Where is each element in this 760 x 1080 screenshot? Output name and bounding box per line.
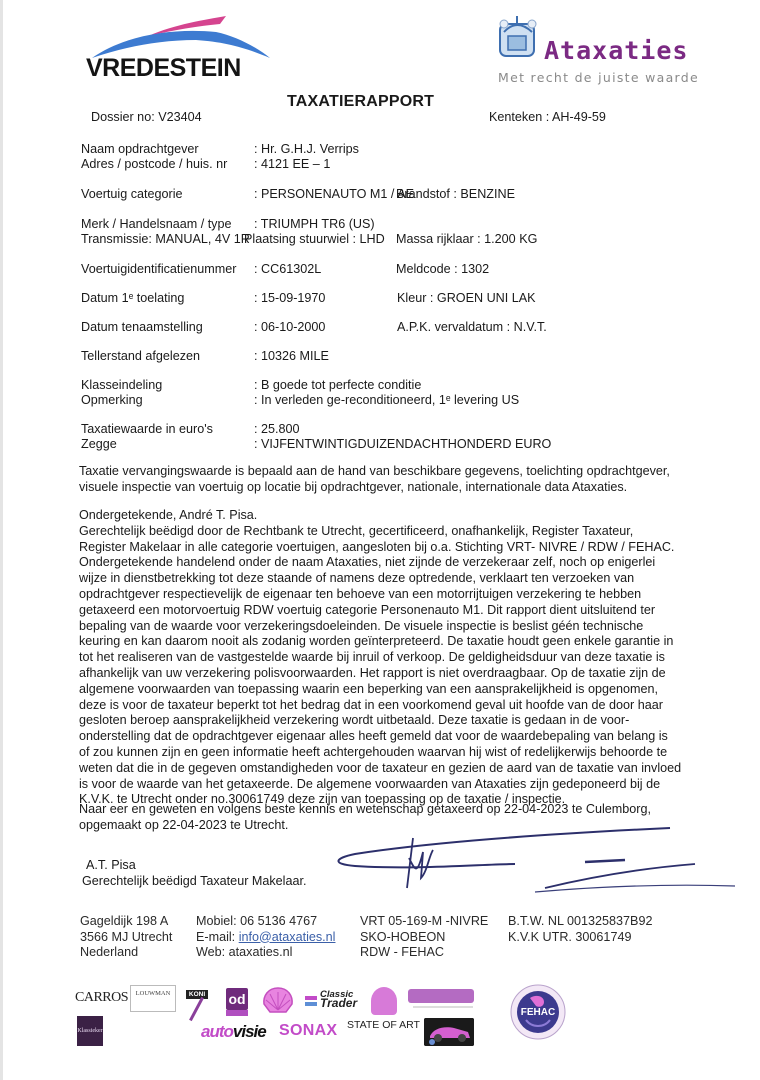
footer-contact: Mobiel: 06 5136 4767 E-mail: info@ataxat… [196,914,335,961]
meldcode: Meldcode : 1302 [396,262,489,277]
email-label: E-mail: [196,930,239,944]
waarde-label: Taxatiewaarde in euro's [81,422,213,437]
declaration-line: Register Makelaar in alle categorie voer… [79,540,719,556]
teller-value: : 10326 MILE [254,349,329,364]
louwman-logo: LOUWMAN [130,985,176,1012]
declaration-line: onderstelling dat de opdrachtgever eigen… [79,729,719,745]
email-link[interactable]: info@ataxaties.nl [239,930,336,944]
naam-value: : Hr. G.H.J. Verrips [254,142,359,157]
merk-label: Merk / Handelsnaam / type [81,217,232,232]
footer-registration: B.T.W. NL 001325837B92 K.V.K UTR. 300617… [508,914,652,945]
vredestein-swoosh-icon [86,14,272,58]
declaration-line: Ondergetekende handelend onder de naam A… [79,555,719,571]
membership-line: VRT 05-169-M -NIVRE [360,914,488,930]
mobile: Mobiel: 06 5136 4767 [196,914,335,930]
tenaam-label: Datum tenaamstelling [81,320,203,335]
dossier-number: Dossier no: V23404 [91,110,202,125]
vredestein-logo: VREDESTEIN [86,14,272,80]
toelating-label: Datum 1ᵉ toelating [81,291,184,306]
adres-label: Adres / postcode / huis. nr [81,157,227,172]
declaration-line: bepaling van de waarde voor verzekerings… [79,619,719,635]
autovisie-logo: autovisie [201,1022,266,1042]
ataxaties-slogan: Met recht de juiste waarde [498,70,699,85]
signatory-name: A.T. Pisa [86,858,136,873]
toelating-value: : 15-09-1970 [254,291,325,306]
opmerking-value: : In verleden ge-reconditioneerd, 1ᵉ lev… [254,393,519,408]
declaration-line: of zou kunnen zijn en geen informatie he… [79,745,719,761]
teller-label: Tellerstand afgelezen [81,349,200,364]
transmissie: Transmissie: MANUAL, 4V 1R [81,232,250,247]
carros-logo: CARROS [75,990,128,1006]
kenteken: Kenteken : AH-49-59 [489,110,606,125]
od-logo: od [226,988,248,1010]
categorie-value: : PERSONENAUTO M1 / AE [254,187,414,202]
techno-classica-logo [371,987,397,1015]
apk: A.P.K. vervaldatum : N.V.T. [397,320,547,335]
btw-number: B.T.W. NL 001325837B92 [508,914,652,930]
merk-value: : TRIUMPH TR6 (US) [254,217,375,232]
classic-trader-bar-icon [305,1002,317,1006]
declaration-line: Ondergetekende, André T. Pisa. [79,508,719,524]
klassieker-tagline [413,1006,473,1008]
intro-line: Taxatie vervangingswaarde is bepaald aan… [79,464,719,480]
declaration-line: keuring en kan daarom nooit als zodanig … [79,634,719,650]
declaration-line: tot het realiseren van de vastgestelde w… [79,650,719,666]
categorie-label: Voertuig categorie [81,187,183,202]
declaration-line: is voor de waarde van het getaxeerde. De… [79,777,719,793]
declaration-line: Gerechtelijk beëdigd door de Rechtbank t… [79,524,719,540]
membership-line: SKO-HOBEON [360,930,488,946]
zegge-label: Zegge [81,437,117,452]
koni-logo: KONI [186,990,208,999]
sonax-logo: SONAX [279,1022,337,1040]
fehac-text: FEHAC [521,1007,555,1018]
vredestein-wordmark: VREDESTEIN [86,54,241,83]
classic-trader-logo: Classic Trader [320,990,357,1008]
vin-value: : CC61302L [254,262,321,277]
address-line: Nederland [80,945,172,961]
klasse-label: Klasseindeling [81,378,162,393]
brandstof: Brandstof : BENZINE [396,187,515,202]
tenaam-value: : 06-10-2000 [254,320,325,335]
koni-shock-icon [189,997,204,1021]
declaration-line: weten dat die in de gegeven omstandighed… [79,761,719,777]
naam-label: Naam opdrachtgever [81,142,199,157]
waarde-value: : 25.800 [254,422,300,437]
ataxaties-wordmark: Ataxaties [544,36,688,65]
zegge-value: : VIJFENTWINTIGDUIZENDACHTHONDERD EURO [254,437,551,452]
declaration-paragraph: Ondergetekende, André T. Pisa. Gerechtel… [79,508,719,808]
declaration-line: algemene voorwaarden van toepassing waar… [79,682,719,698]
autovisie-auto: auto [201,1022,233,1042]
kleur: Kleur : GROEN UNI LAK [397,291,536,306]
classic-trader-bar-icon [305,996,317,1000]
report-title: TAXATIERAPPORT [287,93,434,111]
fehac-logo-icon: FEHAC [510,984,566,1040]
autovisie-visie: visie [233,1022,266,1042]
klassieker-weekend-logo [408,989,474,1003]
declaration-line: afhankelijk van uw verzekering polisvoor… [79,666,719,682]
declaration-line: wijze in dienstbetrekking tot deze staan… [79,571,719,587]
declaration-line: opdrachtgever respectievelijk de eigenaa… [79,587,719,603]
classic-trader-line2: Trader [320,999,357,1008]
ondek-klassieker-logo: Klassieker [77,1016,103,1046]
footer-address: Gageldijk 198 A 3566 MJ Utrecht Nederlan… [80,914,172,961]
signature-icon [325,826,735,911]
signatory-title: Gerechtelijk beëdigd Taxateur Makelaar. [82,874,307,889]
page-edge [0,0,3,1080]
opmerking-label: Opmerking [81,393,143,408]
declaration-line: deze is voor de taxateur beperkt tot het… [79,698,719,714]
state-of-art-logo: STATE OF ART [347,1020,420,1030]
stuurwiel: Plaatsing stuurwiel : LHD [244,232,385,247]
intro-paragraph: Taxatie vervangingswaarde is bepaald aan… [79,464,719,496]
address-line: 3566 MJ Utrecht [80,930,172,946]
website: Web: ataxaties.nl [196,945,335,961]
declaration-line: gesloten beroep aansprakelijkheid verzek… [79,713,719,729]
massa: Massa rijklaar : 1.200 KG [396,232,537,247]
address-line: Gageldijk 198 A [80,914,172,930]
shell-logo-icon [262,986,294,1016]
membership-line: RDW - FEHAC [360,945,488,961]
closing-line: Naar eer en geweten en volgens beste ken… [79,802,719,818]
od-logo-bar [226,1010,248,1016]
intro-line: visuele inspectie van voertuig op locati… [79,480,719,496]
klasse-value: : B goede tot perfecte conditie [254,378,421,393]
declaration-line: getaxeerd een motorvoertuig RDW voertuig… [79,603,719,619]
adres-value: : 4121 EE – 1 [254,157,330,172]
email-row: E-mail: info@ataxaties.nl [196,930,335,946]
ataxaties-emblem-icon [496,14,540,58]
kvk-number: K.V.K UTR. 30061749 [508,930,652,946]
footer-memberships: VRT 05-169-M -NIVRE SKO-HOBEON RDW - FEH… [360,914,488,961]
vin-label: Voertuigidentificatienummer [81,262,236,277]
classic-car-logo-icon [424,1018,474,1046]
